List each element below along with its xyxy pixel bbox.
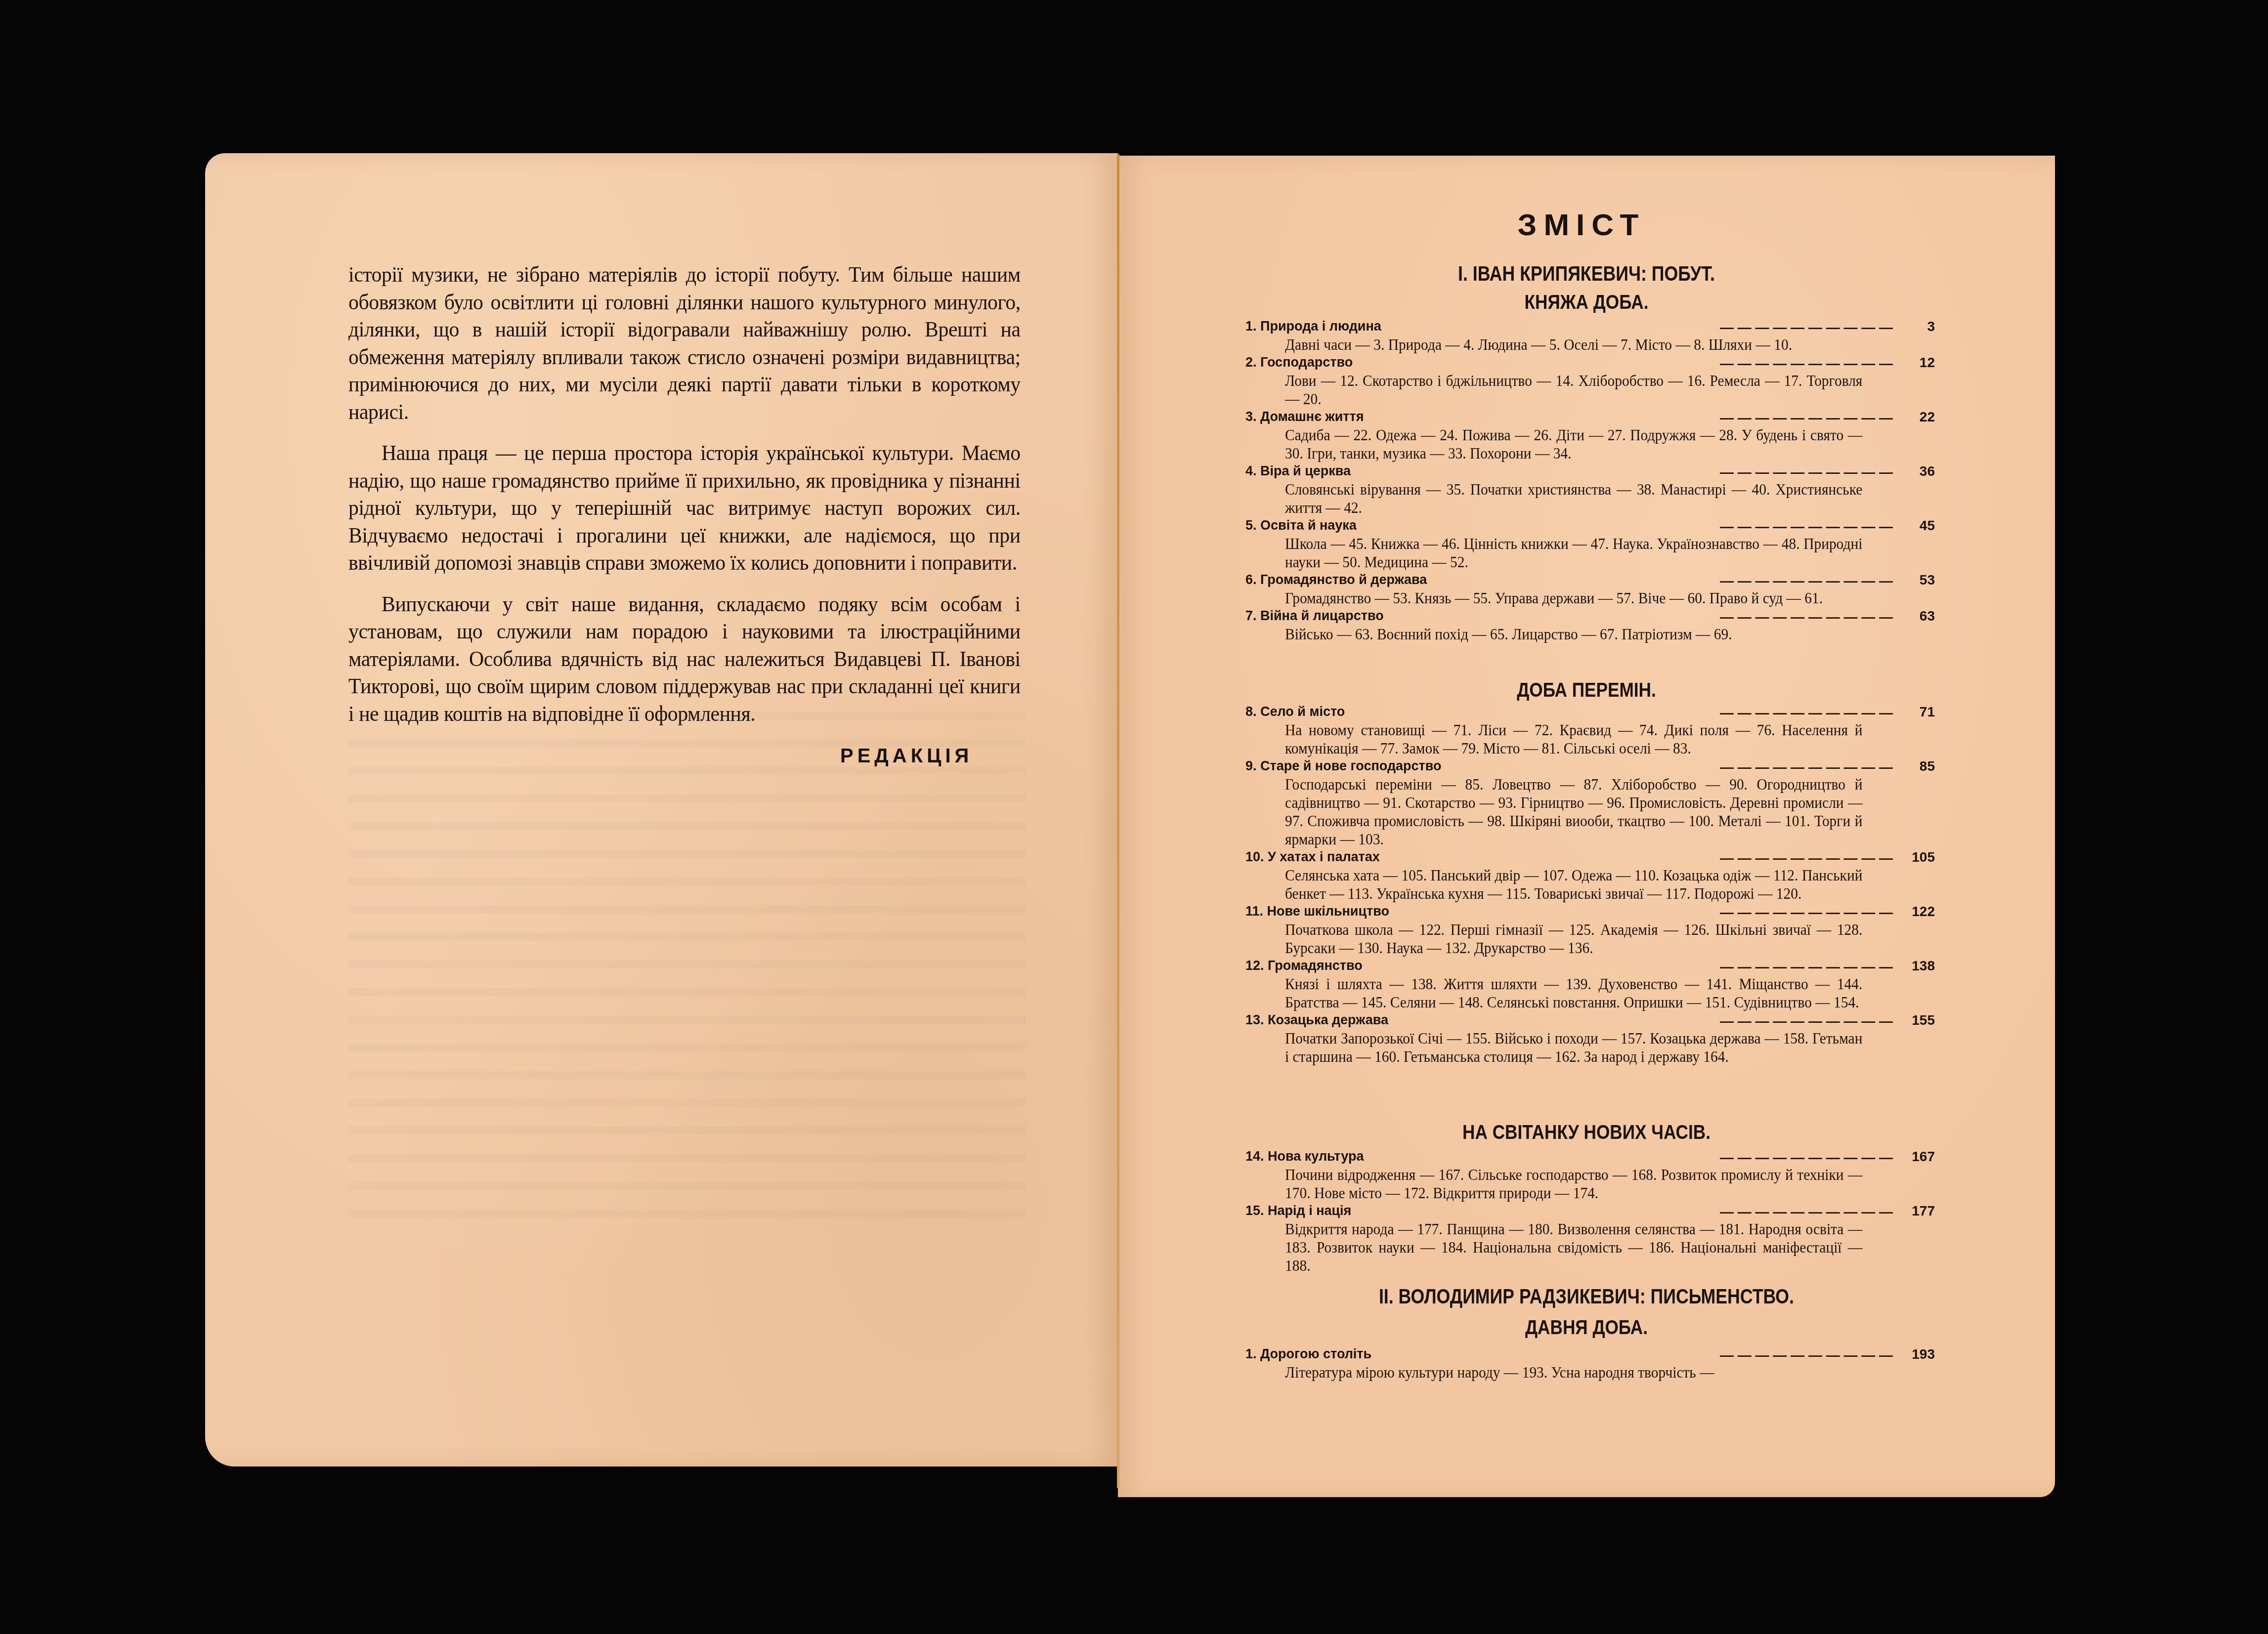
toc-subtopics: Селянська хата — 105. Панський двір — 10… [1285,866,1862,903]
era-heading: ДАВНЯ ДОБА. [1391,1317,1782,1339]
toc-entry-title[interactable]: 2. Господарство [1245,355,1353,370]
toc-entry-title[interactable]: 1. Природа і людина [1245,319,1381,334]
toc-entry[interactable]: 3. Домашнє життя— — — — — — — — — —22Сад… [1245,409,1937,462]
toc-subtopics: На новому становищі — 71. Ліси — 72. Кра… [1285,721,1862,757]
dot-leader: — — — — — — — — — — [1379,320,1893,335]
toc-subtopics: Давні часи — 3. Природа — 4. Людина — 5.… [1285,335,1862,354]
dot-leader: — — — — — — — — — — [1379,464,1893,480]
dot-leader: — — — — — — — — — — [1379,356,1893,372]
toc-entry-title[interactable]: 7. Війна й лицарство [1245,608,1384,624]
toc-page-number: 193 [1905,1346,1935,1362]
toc-entry[interactable]: 11. Нове шкільництво— — — — — — — — — —1… [1245,904,1937,957]
toc-page-number: 45 [1905,518,1935,534]
era-heading: НА СВІТАНКУ НОВИХ ЧАСІВ. [1347,1122,1826,1144]
dot-leader: — — — — — — — — — — [1379,609,1893,625]
toc-entry[interactable]: 9. Старе й нове господарство— — — — — — … [1245,758,1937,848]
toc-entry[interactable]: 2. Господарство— — — — — — — — — —12Лови… [1245,355,1937,408]
dot-leader: — — — — — — — — — — [1379,905,1893,921]
dot-leader: — — — — — — — — — — [1379,850,1893,866]
toc-entry[interactable]: 5. Освіта й наука— — — — — — — — — —45Шк… [1245,518,1937,571]
toc-entry[interactable]: 8. Село й місто— — — — — — — — — —71На н… [1245,704,1937,757]
toc-entry[interactable]: 13. Козацька держава— — — — — — — — — —1… [1245,1012,1937,1066]
toc-entry[interactable]: 12. Громадянство— — — — — — — — — —138Кн… [1245,958,1937,1011]
toc-entry-title[interactable]: 10. У хатах і палатах [1245,849,1380,865]
toc-section-doba-peremin: 8. Село й місто— — — — — — — — — —71На н… [1245,704,1937,1067]
toc-entry-title[interactable]: 1. Дорогою століть [1245,1346,1371,1362]
toc-page-number: 53 [1905,572,1935,588]
toc-section-na-svitanku: 14. Нова культура— — — — — — — — — —167П… [1245,1149,1937,1276]
toc-page-number: 105 [1905,849,1935,865]
toc-entry-title[interactable]: 3. Домашнє життя [1245,409,1364,424]
toc-entry[interactable]: 6. Громадянство й держава— — — — — — — —… [1245,572,1937,607]
toc-entry[interactable]: 7. Війна й лицарство— — — — — — — — — —6… [1245,608,1937,643]
toc-subtopics: Початки Запорозької Січі — 155. Військо … [1285,1029,1862,1066]
bleed-through-texture [348,692,1026,1235]
toc-entry[interactable]: 1. Дорогою століть— — — — — — — — — —193… [1245,1346,1937,1382]
dot-leader: — — — — — — — — — — [1379,1013,1893,1029]
toc-subtopics: Садиба — 22. Одежа — 24. Пожива — 26. Ді… [1285,426,1862,462]
toc-page-number: 122 [1905,904,1935,920]
toc-subtopics: Громадянство — 53. Князь — 55. Управа де… [1285,589,1862,607]
toc-subtopics: Словянські вірування — 35. Початки христ… [1285,480,1862,517]
toc-subtopics: Військо — 63. Воєнний похід — 65. Лицарс… [1285,625,1862,643]
toc-subtopics: Лови — 12. Скотарство і бджільництво — 1… [1285,372,1862,408]
toc-page-number: 22 [1905,409,1935,425]
toc-entry-title[interactable]: 5. Освіта й наука [1245,518,1357,533]
part-heading: ІІ. ВОЛОДИМИР РАДЗИКЕВИЧ: ПИСЬМЕНСТВО. [1288,1285,1885,1308]
toc-subtopics: Господарські переміни — 85. Ловецтво — 8… [1285,775,1862,848]
preface-paragraph: історії музики, не зібрано матеріялів до… [348,261,1021,425]
dot-leader: — — — — — — — — — — [1379,519,1893,535]
dot-leader: — — — — — — — — — — [1379,1204,1893,1220]
dot-leader: — — — — — — — — — — [1379,1347,1893,1363]
toc-page-number: 138 [1905,958,1935,974]
toc-entry[interactable]: 14. Нова культура— — — — — — — — — —167П… [1245,1149,1937,1202]
toc-title: ЗМІСТ [1502,208,1661,243]
toc-page-number: 167 [1905,1149,1935,1165]
toc-entry-title[interactable]: 14. Нова культура [1245,1149,1364,1164]
dot-leader: — — — — — — — — — — [1379,1150,1893,1166]
toc-entry-title[interactable]: 4. Віра й церква [1245,463,1351,479]
toc-entry[interactable]: 1. Природа і людина— — — — — — — — — —3Д… [1245,319,1937,354]
toc-entry[interactable]: 15. Нарід і нація— — — — — — — — — —177В… [1245,1203,1937,1275]
dot-leader: — — — — — — — — — — [1379,959,1893,975]
dot-leader: — — — — — — — — — — [1379,705,1893,721]
toc-entry-title[interactable]: 11. Нове шкільництво [1245,904,1389,919]
toc-subtopics: Князі і шляхта — 138. Життя шляхти — 139… [1285,975,1862,1011]
toc-page-number: 85 [1905,758,1935,774]
toc-entry-title[interactable]: 13. Козацька держава [1245,1012,1388,1028]
editorial-signature: РЕДАКЦІЯ [840,745,973,767]
toc-entry-title[interactable]: 12. Громадянство [1245,958,1363,973]
toc-page-number: 3 [1905,319,1935,335]
toc-section-davnia-doba: 1. Дорогою століть— — — — — — — — — —193… [1245,1346,1937,1383]
toc-page-number: 36 [1905,463,1935,479]
toc-page-number: 12 [1905,355,1935,371]
toc-subtopics: Почини відродження — 167. Сільське госпо… [1285,1166,1862,1202]
era-heading: ДОБА ПЕРЕМІН. [1391,679,1782,702]
toc-subtopics: Початкова школа — 122. Перші гімназії — … [1285,921,1862,957]
preface-paragraph: Випускаючи у світ наше видання, складаєм… [348,590,1021,728]
toc-entry[interactable]: 4. Віра й церква— — — — — — — — — —36Сло… [1245,463,1937,517]
toc-subtopics: Література мірою культури народу — 193. … [1285,1363,1862,1382]
preface-text: історії музики, не зібрано матеріялів до… [348,261,1021,741]
preface-paragraph: Наша праця — це перша простора історія у… [348,439,1021,577]
era-heading: КНЯЖА ДОБА. [1391,292,1782,314]
toc-entry[interactable]: 10. У хатах і палатах— — — — — — — — — —… [1245,849,1937,903]
book-spine [1117,154,1119,1488]
toc-subtopics: Школа — 45. Книжка — 46. Цінність книжки… [1285,535,1862,571]
dot-leader: — — — — — — — — — — [1379,759,1893,775]
toc-section-kniazha-doba: 1. Природа і людина— — — — — — — — — —3Д… [1245,319,1937,644]
toc-entry-title[interactable]: 8. Село й місто [1245,704,1345,719]
toc-page-number: 71 [1905,704,1935,720]
dot-leader: — — — — — — — — — — [1379,573,1893,589]
toc-page-number: 155 [1905,1012,1935,1028]
dot-leader: — — — — — — — — — — [1379,410,1893,426]
part-heading: І. ІВАН КРИПЯКЕВИЧ: ПОБУТ. [1314,262,1860,286]
toc-page-number: 177 [1905,1203,1935,1219]
toc-entry-title[interactable]: 15. Нарід і нація [1245,1203,1351,1218]
toc-subtopics: Відкриття народа — 177. Панщина — 180. В… [1285,1220,1862,1275]
toc-page-number: 63 [1905,608,1935,624]
